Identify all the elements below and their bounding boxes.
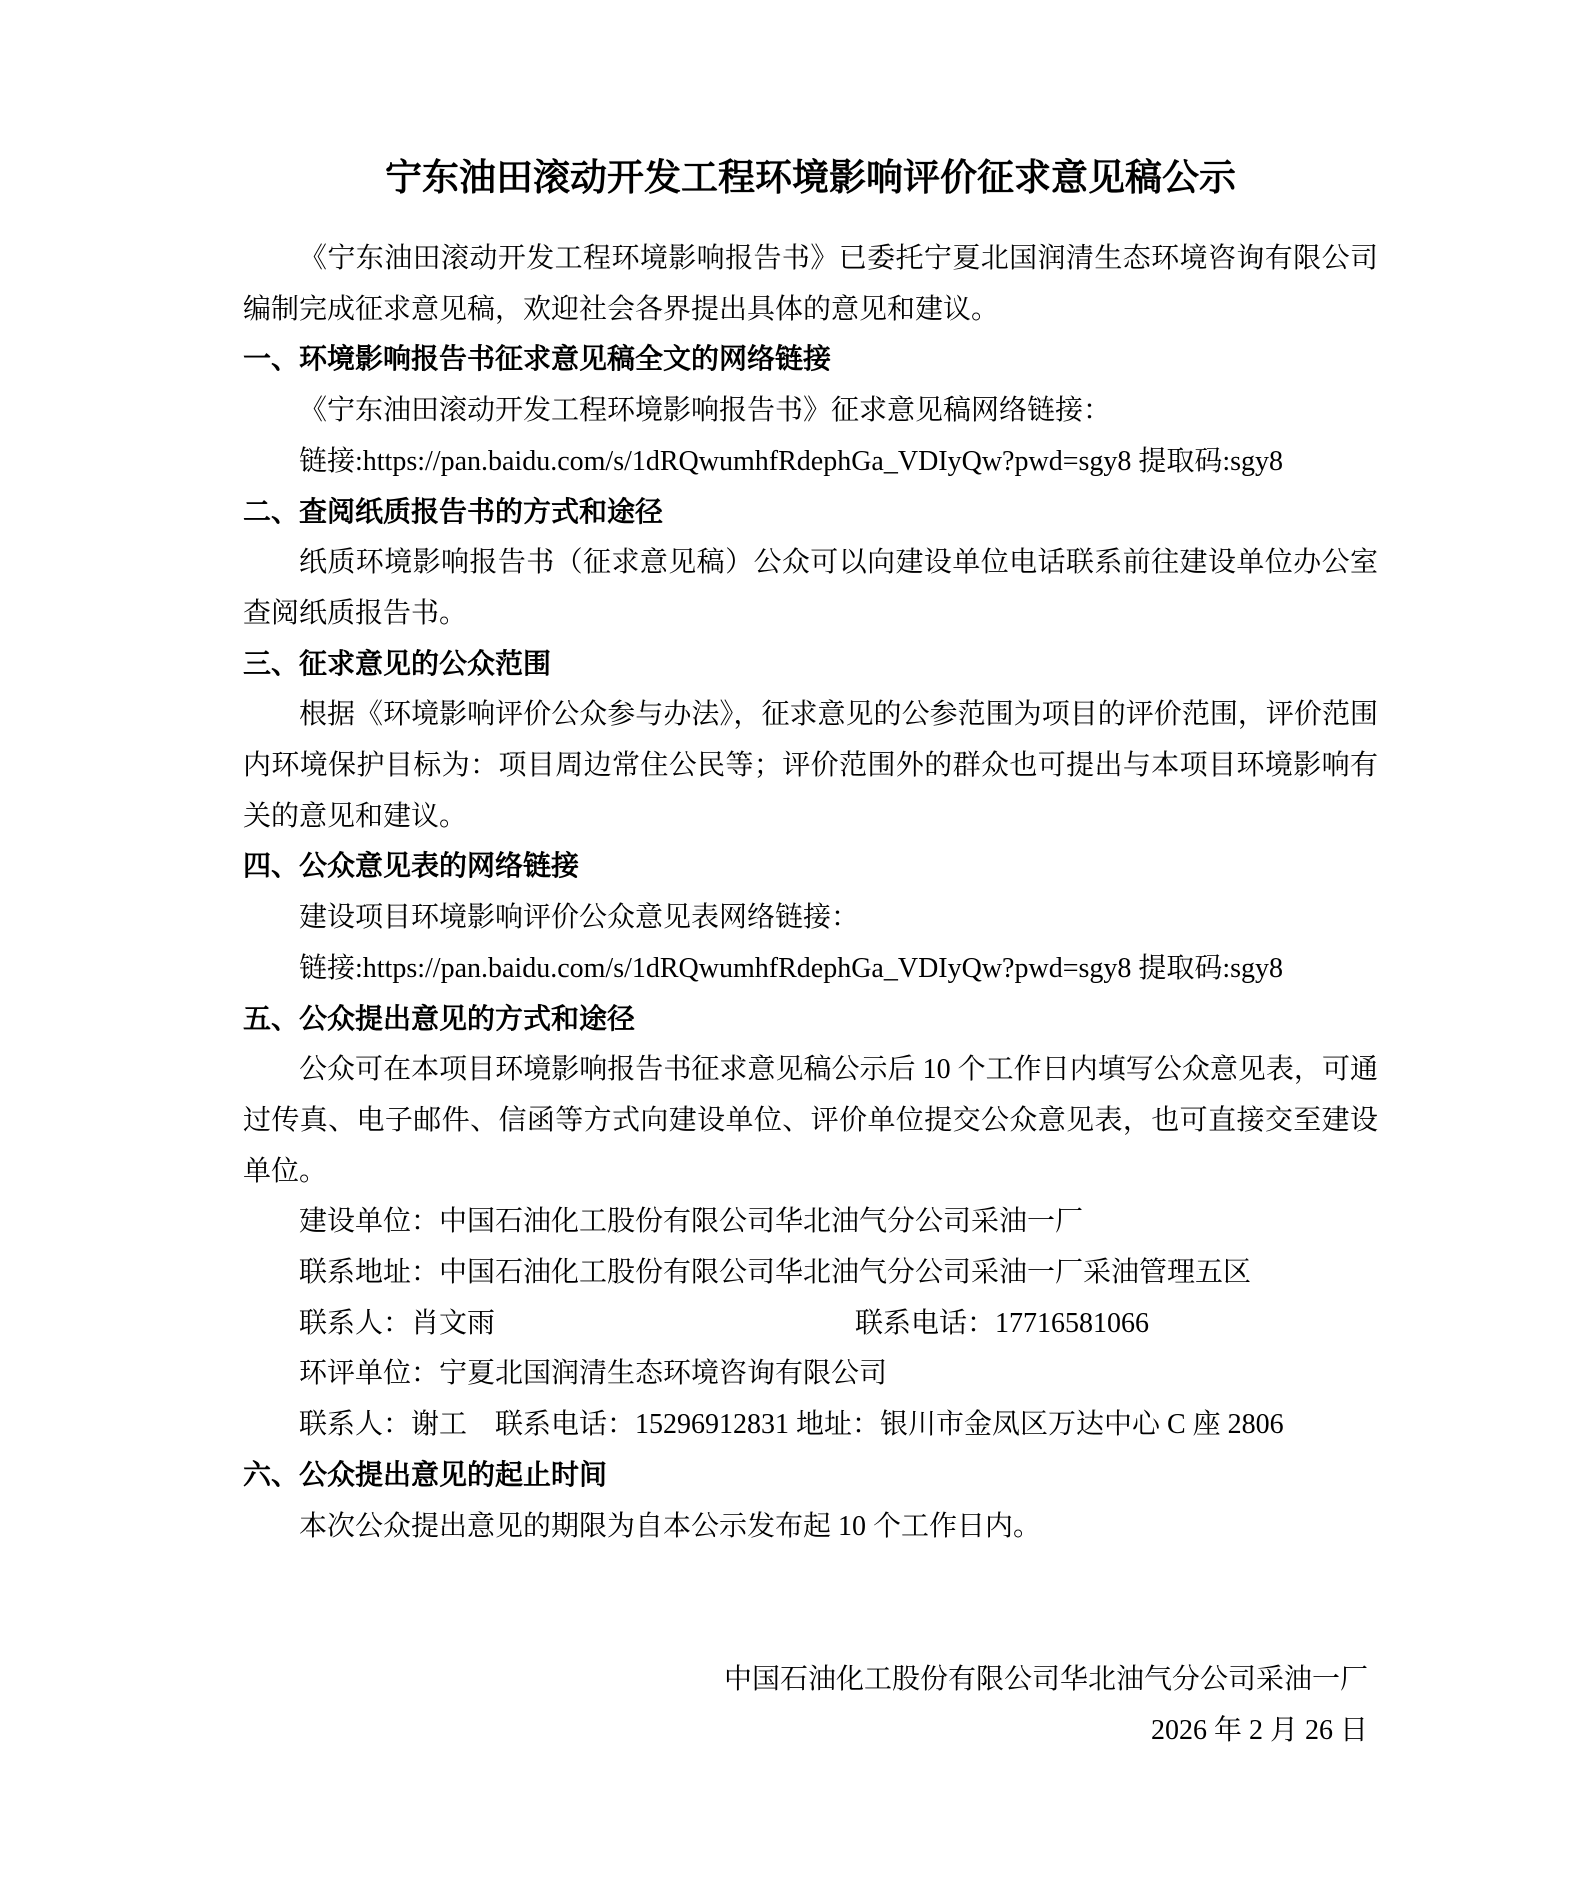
section-4-heading: 四、公众意见表的网络链接 bbox=[243, 842, 1378, 893]
contact-person-row: 联系人：肖文雨 联系电话：17716581066 bbox=[243, 1299, 1378, 1350]
form-link-line: 链接:https://pan.baidu.com/s/1dRQwumhfRdep… bbox=[243, 944, 1378, 995]
signature-org-line: 中国石油化工股份有限公司华北油气分公司采油一厂 bbox=[243, 1655, 1368, 1706]
eia-contact-line: 联系人：谢工 联系电话：15296912831 地址：银川市金凤区万达中心 C … bbox=[243, 1400, 1378, 1451]
section-1-heading: 一、环境影响报告书征求意见稿全文的网络链接 bbox=[243, 335, 1378, 386]
deadline-paragraph: 本次公众提出意见的期限为自本公示发布起 10 个工作日内。 bbox=[243, 1502, 1378, 1553]
eia-unit-line: 环评单位：宁夏北国润清生态环境咨询有限公司 bbox=[243, 1349, 1378, 1400]
report-link-line: 链接:https://pan.baidu.com/s/1dRQwumhfRdep… bbox=[243, 437, 1378, 488]
submit-methods-paragraph: 公众可在本项目环境影响报告书征求意见稿公示后 10 个工作日内填写公众意见表，可… bbox=[243, 1045, 1378, 1197]
section-6-heading: 六、公众提出意见的起止时间 bbox=[243, 1451, 1378, 1502]
public-scope-paragraph: 根据《环境影响评价公众参与办法》，征求意见的公参范围为项目的评价范围，评价范围内… bbox=[243, 690, 1378, 842]
section-3-heading: 三、征求意见的公众范围 bbox=[243, 640, 1378, 691]
construction-unit-line: 建设单位：中国石油化工股份有限公司华北油气分公司采油一厂 bbox=[243, 1197, 1378, 1248]
signature-block: 中国石油化工股份有限公司华北油气分公司采油一厂 2026 年 2 月 26 日 bbox=[243, 1655, 1378, 1756]
document-content: 宁东油田滚动开发工程环境影响评价征求意见稿公示 《宁东油田滚动开发工程环境影响报… bbox=[243, 0, 1378, 1757]
document-title: 宁东油田滚动开发工程环境影响评价征求意见稿公示 bbox=[243, 0, 1378, 202]
intro-paragraph: 《宁东油田滚动开发工程环境影响报告书》已委托宁夏北国润清生态环境咨询有限公司编制… bbox=[243, 234, 1378, 335]
form-link-intro: 建设项目环境影响评价公众意见表网络链接： bbox=[243, 893, 1378, 944]
report-link-intro: 《宁东油田滚动开发工程环境影响报告书》征求意见稿网络链接： bbox=[243, 386, 1378, 437]
contact-person-name: 联系人：肖文雨 bbox=[299, 1308, 495, 1339]
contact-person-phone: 联系电话：17716581066 bbox=[855, 1299, 1149, 1350]
signature-date-line: 2026 年 2 月 26 日 bbox=[243, 1706, 1368, 1757]
section-5-heading: 五、公众提出意见的方式和途径 bbox=[243, 995, 1378, 1046]
document-page: 宁东油田滚动开发工程环境影响评价征求意见稿公示 《宁东油田滚动开发工程环境影响报… bbox=[0, 0, 1587, 1903]
contact-address-line: 联系地址：中国石油化工股份有限公司华北油气分公司采油一厂采油管理五区 bbox=[243, 1248, 1378, 1299]
section-2-heading: 二、查阅纸质报告书的方式和途径 bbox=[243, 488, 1378, 539]
paper-report-paragraph: 纸质环境影响报告书（征求意见稿）公众可以向建设单位电话联系前往建设单位办公室查阅… bbox=[243, 538, 1378, 639]
